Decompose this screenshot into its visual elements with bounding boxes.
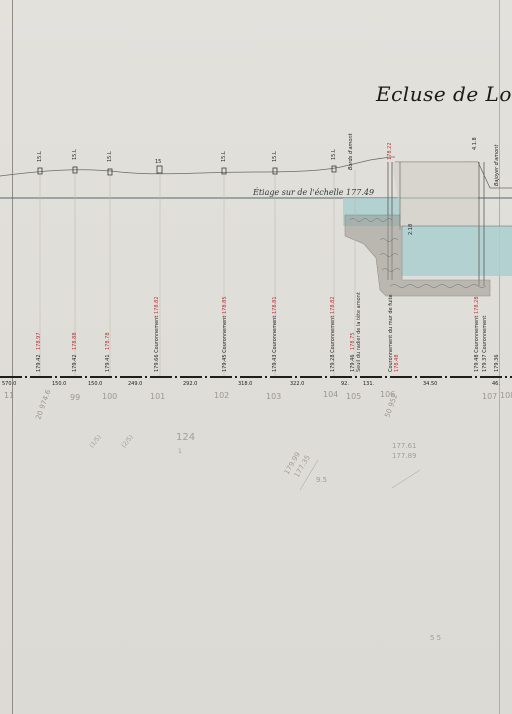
svg-text:318.0: 318.0	[238, 381, 252, 387]
svg-text:150.0: 150.0	[52, 381, 66, 387]
svg-text:Seuil du radier de la tête amo: Seuil du radier de la tête amont	[355, 292, 362, 372]
svg-text:179.48 Couronnement: 179.48 Couronnement	[474, 316, 480, 372]
svg-text:Bajoyer d'amont: Bajoyer d'amont	[494, 144, 500, 186]
svg-text:46.: 46.	[492, 381, 500, 387]
svg-text:179.28 Couronnement: 179.28 Couronnement	[330, 316, 336, 372]
svg-text:15.L: 15.L	[221, 151, 227, 162]
water-level-label: Étiage sur de l'échelle 177.49	[253, 188, 374, 197]
svg-text:178.85: 178.85	[222, 297, 228, 315]
svg-text:178.78: 178.78	[105, 333, 111, 351]
svg-text:34.50: 34.50	[423, 381, 437, 387]
svg-text:178.48: 178.48	[394, 355, 400, 373]
svg-text:104: 104	[323, 390, 338, 399]
svg-text:102: 102	[214, 391, 229, 400]
svg-text:179.43 Couronnement: 179.43 Couronnement	[272, 316, 278, 372]
drawing-sheet: Ecluse de Loisy	[0, 0, 512, 714]
svg-text:178.88: 178.88	[72, 333, 78, 351]
svg-text:107: 107	[482, 392, 497, 401]
svg-text:11: 11	[4, 391, 14, 400]
svg-text:108: 108	[500, 391, 512, 400]
svg-text:92.: 92.	[341, 381, 349, 387]
svg-text:179.42: 179.42	[36, 355, 42, 373]
chamber-water	[402, 226, 512, 276]
station-lines	[40, 170, 355, 376]
svg-text:5 5: 5 5	[430, 634, 441, 642]
svg-text:105: 105	[346, 392, 361, 401]
svg-text:100: 100	[102, 392, 117, 401]
svg-text:570.0: 570.0	[2, 381, 16, 387]
svg-text:178.81: 178.81	[272, 297, 278, 315]
svg-text:15.L: 15.L	[37, 151, 43, 162]
station-tick-text: 179.42178.97 179.42178.88 179.41178.78 1…	[36, 292, 500, 372]
distance-labels: 570.0 150.0 150.0 249.0 292.0 318.0 322.…	[2, 381, 500, 387]
profile-drawing: 179.42178.97 179.42178.88 179.41178.78 1…	[0, 0, 512, 714]
svg-text:15.L: 15.L	[331, 149, 337, 160]
svg-text:178.82: 178.82	[330, 297, 336, 315]
svg-text:178.28: 178.28	[474, 297, 480, 315]
svg-text:249.0: 249.0	[128, 381, 142, 387]
svg-text:Bords d'amont: Bords d'amont	[348, 132, 354, 170]
svg-text:179.37 Couronnement: 179.37 Couronnement	[482, 316, 488, 372]
svg-text:177.61: 177.61	[392, 442, 417, 450]
svg-text:2.18: 2.18	[408, 224, 414, 235]
svg-text:179.41: 179.41	[105, 355, 111, 373]
svg-text:179.45 Couronnement: 179.45 Couronnement	[222, 316, 228, 372]
svg-text:20 974.6: 20 974.6	[34, 388, 52, 421]
svg-text:15.L: 15.L	[272, 151, 278, 162]
svg-text:292.0: 292.0	[183, 381, 197, 387]
svg-text:1: 1	[178, 448, 182, 455]
svg-text:(2/5): (2/5)	[120, 434, 135, 449]
svg-text:178.22: 178.22	[387, 143, 393, 161]
svg-text:15: 15	[155, 159, 161, 165]
svg-text:15.L: 15.L	[107, 151, 113, 162]
svg-text:4.1.8: 4.1.8	[472, 137, 478, 150]
svg-text:179.42: 179.42	[72, 355, 78, 373]
svg-text:15.L: 15.L	[72, 149, 78, 160]
svg-text:99: 99	[70, 393, 80, 402]
pencil-notes: 124 1 179.99 177.35 9.5 177.61 177.89 (1…	[88, 432, 441, 642]
svg-text:322.0: 322.0	[290, 381, 304, 387]
svg-text:178.82: 178.82	[154, 297, 160, 315]
svg-text:179.66 Couronnement: 179.66 Couronnement	[154, 316, 160, 372]
pencil-profile-numbers: 11 99 100 101 102 103 104 105 106 107 10…	[4, 388, 512, 421]
svg-text:150.0: 150.0	[88, 381, 102, 387]
svg-text:(1/5): (1/5)	[88, 434, 103, 449]
svg-text:177.89: 177.89	[392, 452, 417, 460]
svg-text:103: 103	[266, 392, 281, 401]
svg-text:131.: 131.	[363, 381, 375, 387]
svg-text:9.5: 9.5	[316, 476, 327, 484]
svg-text:124: 124	[176, 432, 195, 443]
svg-text:101: 101	[150, 392, 165, 401]
svg-text:178.97: 178.97	[36, 333, 42, 351]
svg-text:179.36: 179.36	[494, 355, 500, 373]
